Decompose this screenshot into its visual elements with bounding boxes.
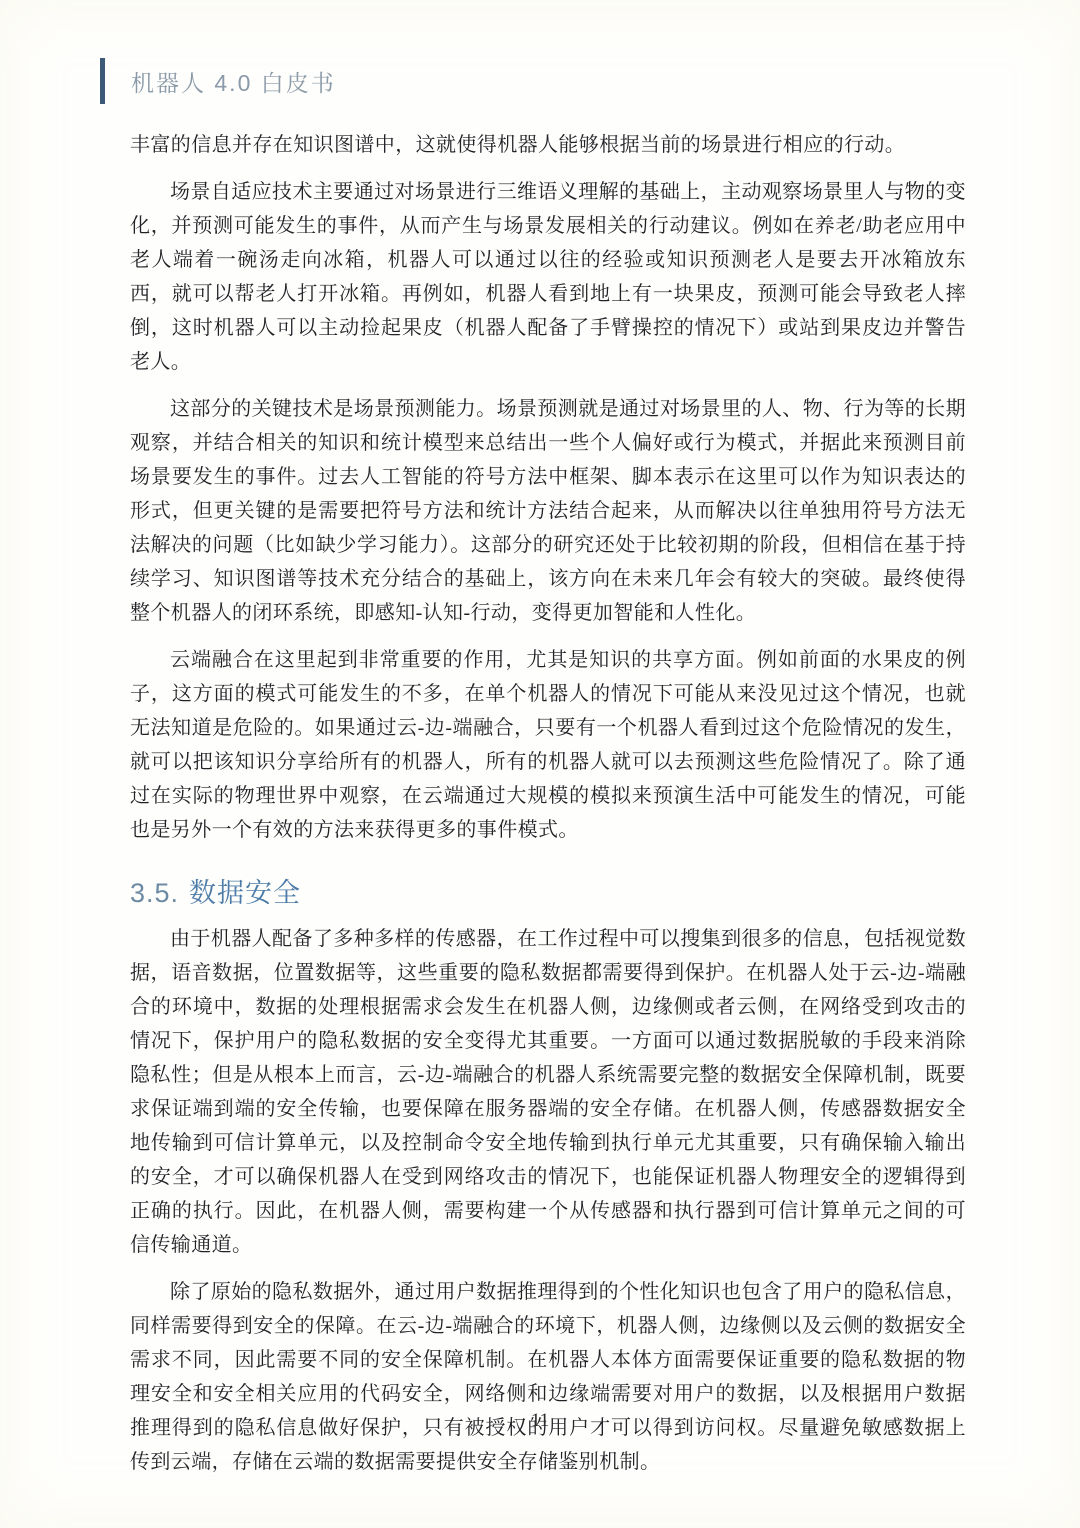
page-number: 11 [531,1410,549,1431]
paragraph-data-security-1: 由于机器人配备了多种多样的传感器，在工作过程中可以搜集到很多的信息，包括视觉数据… [130,922,966,1262]
document-header: 机器人 4.0 白皮书 [100,58,336,104]
paragraph-data-security-2: 除了原始的隐私数据外，通过用户数据推理得到的个性化知识也包含了用户的隐私信息，同… [130,1275,966,1479]
section-title: 数据安全 [189,878,301,908]
header-accent-bar [100,58,105,104]
paragraph-cloud-fusion: 云端融合在这里起到非常重要的作用，尤其是知识的共享方面。例如前面的水果皮的例子，… [130,643,966,847]
page-footer: 11 [0,1410,1080,1432]
paragraph-scene-prediction: 这部分的关键技术是场景预测能力。场景预测就是通过对场景里的人、物、行为等的长期观… [130,392,966,630]
section-number: 3.5. [130,878,179,908]
page-content: 丰富的信息并存在知识图谱中，这就使得机器人能够根据当前的场景进行相应的行动。 场… [130,128,966,1492]
paragraph-continuation: 丰富的信息并存在知识图谱中，这就使得机器人能够根据当前的场景进行相应的行动。 [130,128,966,162]
paragraph-scene-adaptation: 场景自适应技术主要通过对场景进行三维语义理解的基础上，主动观察场景里人与物的变化… [130,175,966,379]
document-page: 机器人 4.0 白皮书 丰富的信息并存在知识图谱中，这就使得机器人能够根据当前的… [0,0,1080,1528]
section-heading: 3.5.数据安全 [130,871,966,910]
document-title: 机器人 4.0 白皮书 [131,65,336,98]
